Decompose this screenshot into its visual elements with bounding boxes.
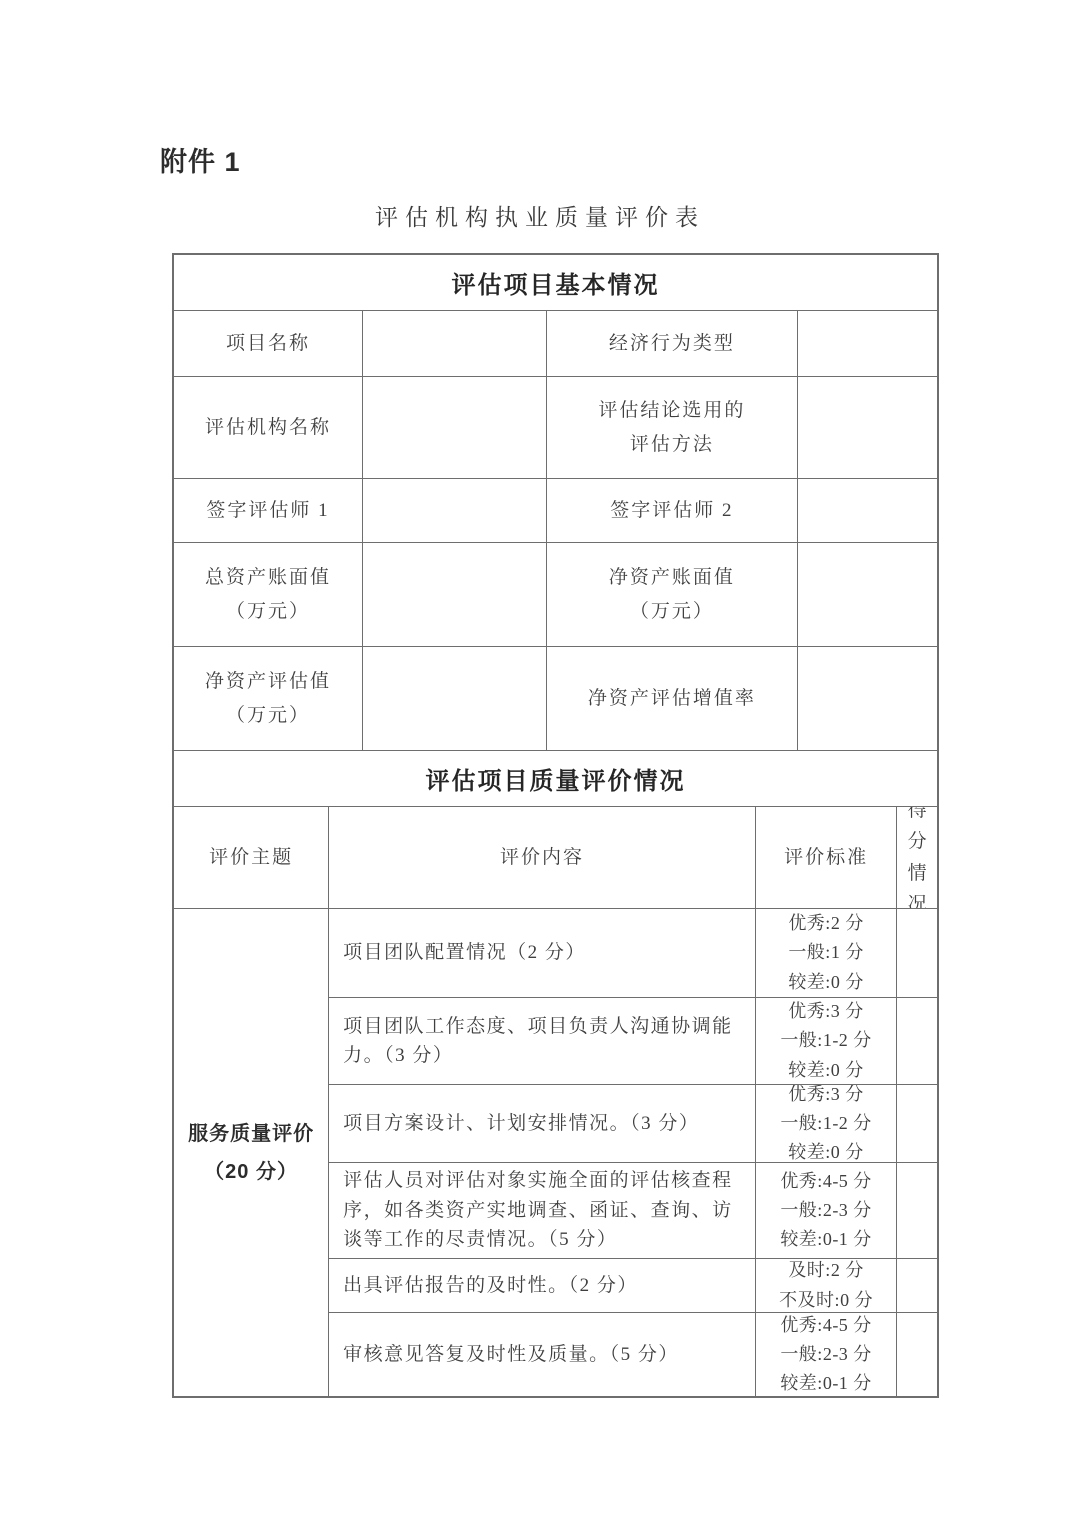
quality-item-content: 审核意见答复及时性及质量。（5 分） xyxy=(329,1313,756,1396)
quality-item-score xyxy=(897,1163,937,1259)
quality-item-score xyxy=(897,909,937,998)
basic-value-net-assets-appreciation-rate xyxy=(798,647,937,751)
basic-label-net-assets-book-value: 净资产账面值 （万元） xyxy=(547,543,798,647)
quality-item-standard: 及时:2 分 不及时:0 分 xyxy=(756,1259,897,1313)
basic-value-signing-appraiser-2 xyxy=(798,479,937,543)
quality-item-standard: 优秀:2 分 一般:1 分 较差:0 分 xyxy=(756,909,897,998)
attachment-label: 附件 1 xyxy=(160,140,241,179)
basic-label-agency-name: 评估机构名称 xyxy=(174,377,363,479)
basic-info-grid: 项目名称 经济行为类型 评估机构名称 评估结论选用的 评估方法 签字评估师 1 … xyxy=(174,311,937,751)
quality-item-content: 项目团队工作态度、项目负责人沟通协调能力。（3 分） xyxy=(329,998,756,1085)
basic-label-total-assets-book-value: 总资产账面值 （万元） xyxy=(174,543,363,647)
basic-value-economic-behavior-type xyxy=(798,311,937,377)
col-header-content: 评价内容 xyxy=(329,807,756,909)
quality-item-standard: 优秀:3 分 一般:1-2 分 较差:0 分 xyxy=(756,1085,897,1163)
basic-label-net-assets-appraised-value: 净资产评估值 （万元） xyxy=(174,647,363,751)
topic-service-quality: 服务质量评价 （20 分） xyxy=(174,909,329,1396)
basic-label-net-assets-appreciation-rate: 净资产评估增值率 xyxy=(547,647,798,751)
basic-value-net-assets-book-value xyxy=(798,543,937,647)
document-page: 附件 1 评估机构执业质量评价表 评估项目基本情况 项目名称 经济行为类型 评估… xyxy=(0,0,1080,1527)
quality-item-standard: 优秀:4-5 分 一般:2-3 分 较差:0-1 分 xyxy=(756,1163,897,1259)
quality-item-score xyxy=(897,1313,937,1396)
quality-item-content: 出具评估报告的及时性。（2 分） xyxy=(329,1259,756,1313)
evaluation-form-table: 评估项目基本情况 项目名称 经济行为类型 评估机构名称 评估结论选用的 评估方法… xyxy=(172,253,939,1398)
col-header-score: 得分情况 xyxy=(897,807,937,909)
basic-label-signing-appraiser-2: 签字评估师 2 xyxy=(547,479,798,543)
basic-info-section-title: 评估项目基本情况 xyxy=(174,255,937,311)
quality-item-content: 项目方案设计、计划安排情况。（3 分） xyxy=(329,1085,756,1163)
col-header-score-label: 得分情况 xyxy=(905,807,929,909)
document-title: 评估机构执业质量评价表 xyxy=(0,199,1080,232)
basic-value-total-assets-book-value xyxy=(363,543,547,647)
quality-grid: 评价主题 评价内容 评价标准 得分情况 服务质量评价 （20 分） 项目团队配置… xyxy=(174,807,937,1396)
col-header-topic: 评价主题 xyxy=(174,807,329,909)
quality-section-title: 评估项目质量评价情况 xyxy=(174,751,937,807)
quality-item-score xyxy=(897,998,937,1085)
basic-value-net-assets-appraised-value xyxy=(363,647,547,751)
basic-value-agency-name xyxy=(363,377,547,479)
quality-item-standard: 优秀:3 分 一般:1-2 分 较差:0 分 xyxy=(756,998,897,1085)
basic-label-economic-behavior-type: 经济行为类型 xyxy=(547,311,798,377)
basic-label-evaluation-method: 评估结论选用的 评估方法 xyxy=(547,377,798,479)
quality-item-content: 项目团队配置情况（2 分） xyxy=(329,909,756,998)
quality-item-content: 评估人员对评估对象实施全面的评估核查程序，如各类资产实地调查、函证、查询、访谈等… xyxy=(329,1163,756,1259)
basic-value-project-name xyxy=(363,311,547,377)
col-header-standard: 评价标准 xyxy=(756,807,897,909)
basic-label-signing-appraiser-1: 签字评估师 1 xyxy=(174,479,363,543)
basic-value-evaluation-method xyxy=(798,377,937,479)
quality-item-score xyxy=(897,1085,937,1163)
quality-item-standard: 优秀:4-5 分 一般:2-3 分 较差:0-1 分 xyxy=(756,1313,897,1396)
basic-value-signing-appraiser-1 xyxy=(363,479,547,543)
quality-item-score xyxy=(897,1259,937,1313)
basic-label-project-name: 项目名称 xyxy=(174,311,363,377)
